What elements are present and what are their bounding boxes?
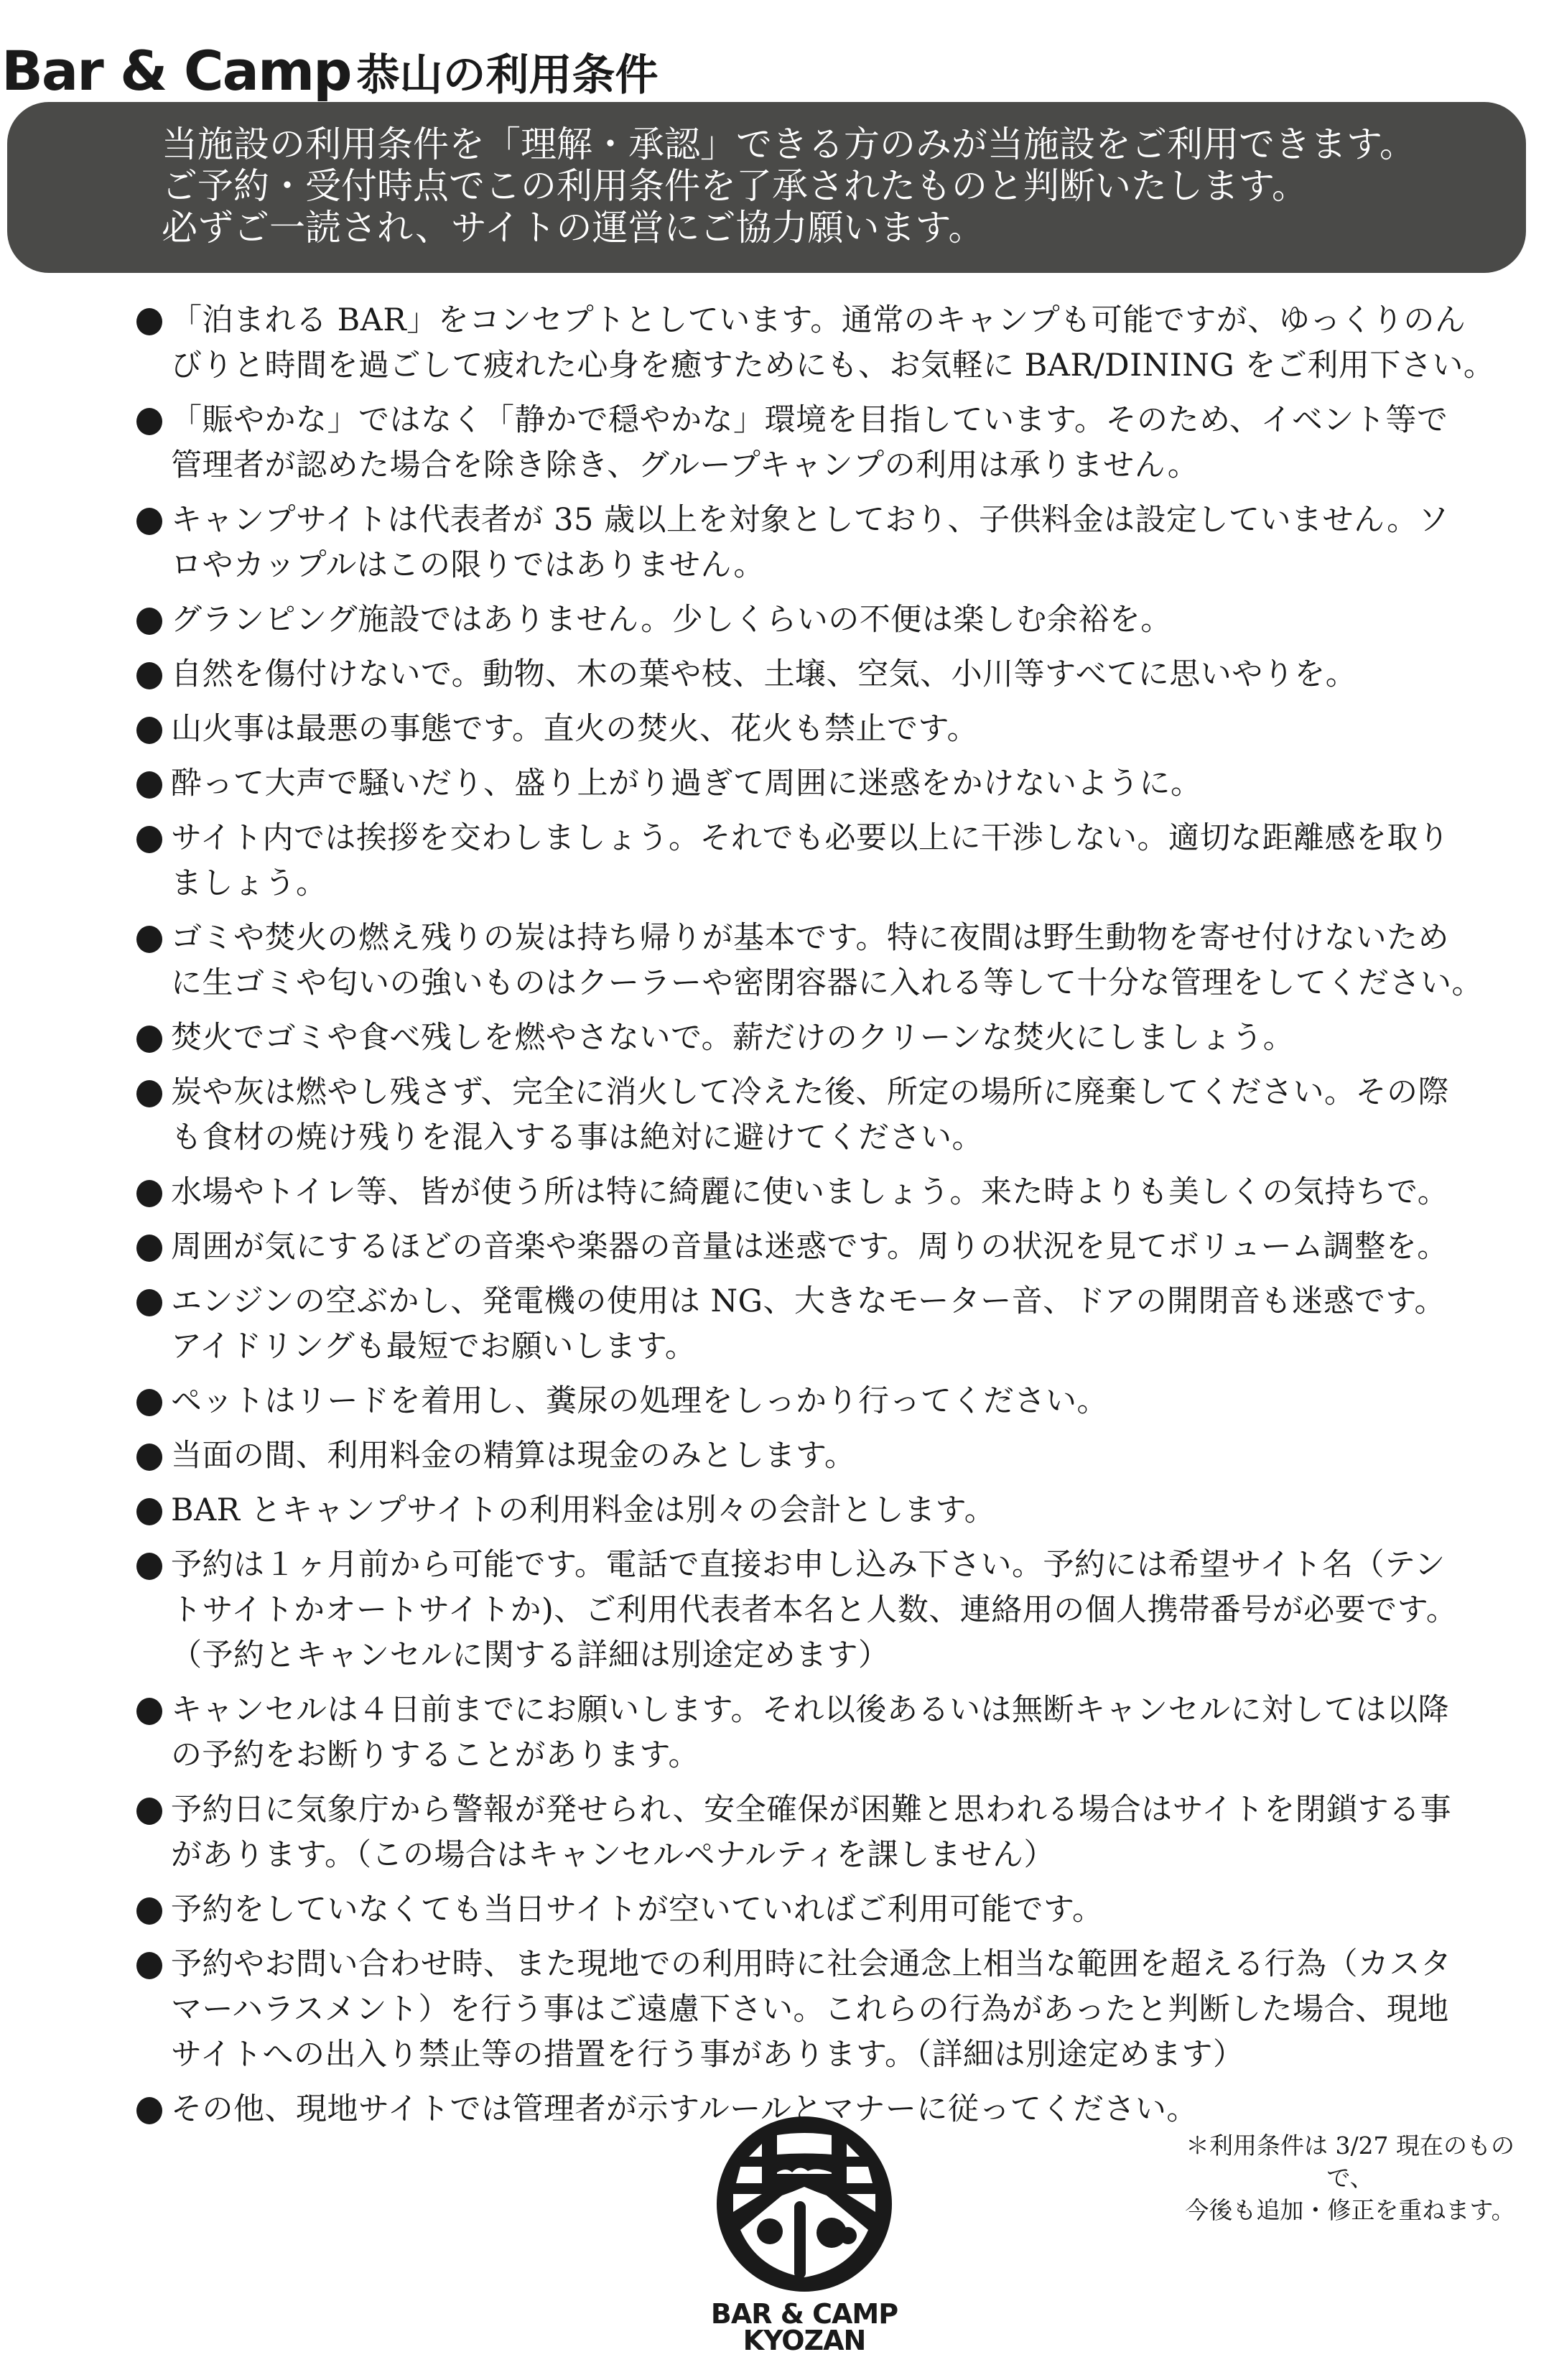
logo-text-line2: KYOZAN (707, 2327, 901, 2354)
rule-item: BAR とキャンプサイトの利用料金は別々の会計とします。 (136, 1488, 1544, 1533)
bullet-icon (136, 608, 162, 635)
rule-item: 「泊まれる BAR」をコンセプトとしています。通常のキャンプも可能ですが、ゆっく… (136, 298, 1544, 389)
notice-banner-text: 当施設の利用条件を「理解・承認」できる方のみが当施設をご利用できます。 ご予約・… (162, 124, 1415, 248)
page-title-jp: 恭山の利用条件 (357, 50, 659, 101)
rule-text: 焚火でゴミや食べ残しを燃やさないで。薪だけのクリーンな焚火にしましょう。 (171, 1015, 1544, 1061)
rule-text: も食材の焼け残りを混入する事は絶対に避けてください。 (171, 1115, 1544, 1161)
rule-item: サイト内では挨拶を交わしましょう。それでも必要以上に干渉しない。適切な距離感を取… (136, 816, 1544, 906)
bullet-icon (136, 771, 162, 799)
rule-text: サイトへの出入り禁止等の措置を行う事があります。（詳細は別途定めます） (171, 2032, 1544, 2078)
rule-text: ゴミや焚火の燃え残りの炭は持ち帰りが基本です。特に夜間は野生動物を寄せ付けないた… (171, 916, 1544, 961)
notice-line: 必ずご一読され、サイトの運営にご協力願います。 (162, 207, 1415, 248)
bullet-icon (136, 1026, 162, 1053)
rule-text: 自然を傷付けないで。動物、木の葉や枝、土壌、空気、小川等すべてに思いやりを。 (171, 652, 1544, 697)
bullet-icon (136, 408, 162, 435)
bullet-icon (136, 1498, 162, 1525)
rule-text: サイト内では挨拶を交わしましょう。それでも必要以上に干渉しない。適切な距離感を取… (171, 816, 1544, 861)
rule-text: 予約は１ヶ月前から可能です。電話で直接お申し込み下さい。予約には希望サイト名（テ… (171, 1543, 1544, 1588)
notice-line: ご予約・受付時点でこの利用条件を了承されたものと判断いたします。 (162, 165, 1415, 207)
rule-text: ロやカップルはこの限りではありません。 (171, 543, 1544, 588)
rule-item: 予約やお問い合わせ時、また現地での利用時に社会通念上相当な範囲を超える行為（カス… (136, 1942, 1544, 2078)
rule-text: エンジンの空ぶかし、発電機の使用は NG、大きなモーター音、ドアの開閉音も迷惑で… (171, 1279, 1544, 1324)
rule-item: ゴミや焚火の燃え残りの炭は持ち帰りが基本です。特に夜間は野生動物を寄せ付けないた… (136, 916, 1544, 1006)
rule-text: 酔って大声で騒いだり、盛り上がり過ぎて周囲に迷惑をかけないように。 (171, 761, 1544, 806)
bullet-icon (136, 1444, 162, 1471)
rule-text: 「泊まれる BAR」をコンセプトとしています。通常のキャンプも可能ですが、ゆっく… (171, 298, 1544, 343)
rule-item: エンジンの空ぶかし、発電機の使用は NG、大きなモーター音、ドアの開閉音も迷惑で… (136, 1279, 1544, 1370)
rule-item: キャンセルは４日前までにお願いします。それ以後あるいは無断キャンセルに対しては以… (136, 1688, 1544, 1778)
rule-item: 予約日に気象庁から警報が発せられ、安全確保が困難と思われる場合はサイトを閉鎖する… (136, 1788, 1544, 1878)
rule-text: BAR とキャンプサイトの利用料金は別々の会計とします。 (171, 1488, 1544, 1533)
revision-note-line: ＊利用条件は 3/27 現在のもので、 (1163, 2129, 1537, 2194)
bullet-icon (136, 2097, 162, 2124)
rule-item: 予約は１ヶ月前から可能です。電話で直接お申し込み下さい。予約には希望サイト名（テ… (136, 1543, 1544, 1678)
rule-text: 周囲が気にするほどの音楽や楽器の音量は迷惑です。周りの状況を見てボリューム調整を… (171, 1224, 1544, 1270)
rule-text: 予約をしていなくても当日サイトが空いていればご利用可能です。 (171, 1887, 1544, 1933)
bullet-icon (136, 662, 162, 689)
revision-note-line: 今後も追加・修正を重ねます。 (1163, 2194, 1537, 2226)
rule-text: マーハラスメント）を行う事はご遠慮下さい。これらの行為があったと判断した場合、現… (171, 1987, 1544, 2032)
rule-text: キャンセルは４日前までにお願いします。それ以後あるいは無断キャンセルに対しては以… (171, 1688, 1544, 1733)
rule-item: 炭や灰は燃やし残さず、完全に消火して冷えた後、所定の場所に廃棄してください。その… (136, 1070, 1544, 1161)
rule-item: ペットはリードを着用し、糞尿の処理をしっかり行ってください。 (136, 1379, 1544, 1424)
rule-item: 「賑やかな」ではなく「静かで穏やかな」環境を目指しています。そのため、イベント等… (136, 398, 1544, 488)
rule-text: があります。（この場合はキャンセルペナルティを課しません） (171, 1833, 1544, 1878)
rule-item: キャンプサイトは代表者が 35 歳以上を対象としており、子供料金は設定していませ… (136, 498, 1544, 588)
rule-text: （予約とキャンセルに関する詳細は別途定めます） (171, 1633, 1544, 1678)
bullet-icon (136, 826, 162, 853)
bullet-icon (136, 1798, 162, 1825)
revision-note: ＊利用条件は 3/27 現在のもので、 今後も追加・修正を重ねます。 (1163, 2129, 1537, 2226)
bullet-icon (136, 508, 162, 535)
bullet-icon (136, 1180, 162, 1207)
page-title-en: Bar & Camp (1, 39, 351, 103)
kyozan-logo: BAR & CAMP KYOZAN (707, 2115, 901, 2359)
bullet-icon (136, 1389, 162, 1416)
rule-text: 水場やトイレ等、皆が使う所は特に綺麗に使いましょう。来た時よりも美しくの気持ちで… (171, 1170, 1544, 1215)
rule-text: に生ゴミや匂いの強いものはクーラーや密閉容器に入れる等して十分な管理をしてくださ… (171, 961, 1544, 1006)
rule-item: 当面の間、利用料金の精算は現金のみとします。 (136, 1433, 1544, 1479)
rule-text: トサイトかオートサイトか)、ご利用代表者本名と人数、連絡用の個人携帯番号が必要で… (171, 1588, 1544, 1633)
bullet-icon (136, 1698, 162, 1725)
rules-list: 「泊まれる BAR」をコンセプトとしています。通常のキャンプも可能ですが、ゆっく… (136, 298, 1544, 2142)
rule-item: 予約をしていなくても当日サイトが空いていればご利用可能です。 (136, 1887, 1544, 1933)
rule-text: 当面の間、利用料金の精算は現金のみとします。 (171, 1433, 1544, 1479)
notice-banner: 当施設の利用条件を「理解・承認」できる方のみが当施設をご利用できます。 ご予約・… (7, 102, 1526, 273)
rule-text: 炭や灰は燃やし残さず、完全に消火して冷えた後、所定の場所に廃棄してください。その… (171, 1070, 1544, 1115)
bullet-icon (136, 1080, 162, 1107)
rule-item: 周囲が気にするほどの音楽や楽器の音量は迷惑です。周りの状況を見てボリューム調整を… (136, 1224, 1544, 1270)
rule-text: 管理者が認めた場合を除き除き、グループキャンプの利用は承りません。 (171, 443, 1544, 488)
rule-text: 「賑やかな」ではなく「静かで穏やかな」環境を目指しています。そのため、イベント等… (171, 398, 1544, 443)
bullet-icon (136, 1553, 162, 1580)
rule-text: キャンプサイトは代表者が 35 歳以上を対象としており、子供料金は設定していませ… (171, 498, 1544, 543)
bullet-icon (136, 1897, 162, 1925)
rule-text: 予約やお問い合わせ時、また現地での利用時に社会通念上相当な範囲を超える行為（カス… (171, 1942, 1544, 1987)
rule-item: 酔って大声で騒いだり、盛り上がり過ぎて周囲に迷惑をかけないように。 (136, 761, 1544, 806)
rule-text: 山火事は最悪の事態です。直火の焚火、花火も禁止です。 (171, 707, 1544, 752)
rule-text: の予約をお断りすることがあります。 (171, 1733, 1544, 1778)
rule-item: 水場やトイレ等、皆が使う所は特に綺麗に使いましょう。来た時よりも美しくの気持ちで… (136, 1170, 1544, 1215)
bullet-icon (136, 1952, 162, 1979)
bullet-icon (136, 1289, 162, 1316)
bullet-icon (136, 926, 162, 953)
kyozan-mountain-emblem-icon (707, 2115, 901, 2293)
bullet-icon (136, 1235, 162, 1262)
bullet-icon (136, 308, 162, 335)
rule-text: 予約日に気象庁から警報が発せられ、安全確保が困難と思われる場合はサイトを閉鎖する… (171, 1788, 1544, 1833)
rule-text: びりと時間を過ごして疲れた心身を癒すためにも、お気軽に BAR/DINING を… (171, 343, 1544, 389)
page-title: Bar & Camp恭山の利用条件 (1, 37, 659, 110)
logo-text-line1: BAR & CAMP (707, 2300, 901, 2328)
rule-item: 焚火でゴミや食べ残しを燃やさないで。薪だけのクリーンな焚火にしましょう。 (136, 1015, 1544, 1061)
notice-line: 当施設の利用条件を「理解・承認」できる方のみが当施設をご利用できます。 (162, 124, 1415, 165)
rule-text: グランピング施設ではありません。少しくらいの不便は楽しむ余裕を。 (171, 598, 1544, 643)
rule-text: ペットはリードを着用し、糞尿の処理をしっかり行ってください。 (171, 1379, 1544, 1424)
rule-item: グランピング施設ではありません。少しくらいの不便は楽しむ余裕を。 (136, 598, 1544, 643)
rule-text: アイドリングも最短でお願いします。 (171, 1324, 1544, 1370)
rule-text: ましょう。 (171, 861, 1544, 906)
bullet-icon (136, 717, 162, 744)
rule-item: 自然を傷付けないで。動物、木の葉や枝、土壌、空気、小川等すべてに思いやりを。 (136, 652, 1544, 697)
rule-item: 山火事は最悪の事態です。直火の焚火、花火も禁止です。 (136, 707, 1544, 752)
